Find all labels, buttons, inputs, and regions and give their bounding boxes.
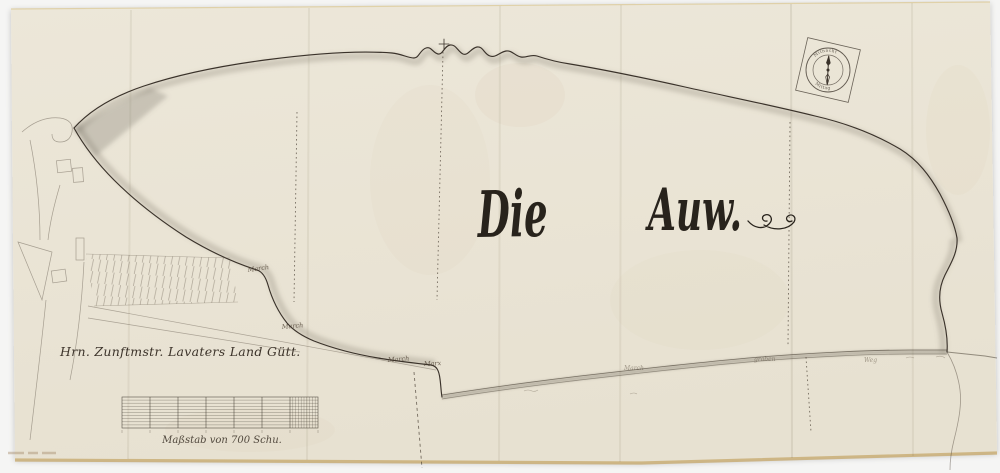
owner-label: Hrn. Zunftmstr. Lavaters Land Gütt. [59, 344, 301, 359]
boundary-mark-label: March [623, 365, 644, 372]
boundary-mark-label: March [387, 355, 410, 365]
boundary-mark-label: graben [754, 356, 776, 363]
boundary-mark-label: Weg [864, 357, 877, 364]
map-title-word-die: Die [476, 177, 548, 253]
historical-map-sheet: March March March Marx March graben Weg … [0, 0, 1000, 473]
scale-caption: Maßstab von 700 Schu. [161, 435, 282, 446]
boundary-mark-label: Marx [423, 359, 442, 368]
map-title-word-auw: Auw. [645, 176, 742, 244]
map-scan-viewer: March March March Marx March graben Weg … [0, 0, 1000, 473]
hatched-field-strip [86, 254, 238, 306]
